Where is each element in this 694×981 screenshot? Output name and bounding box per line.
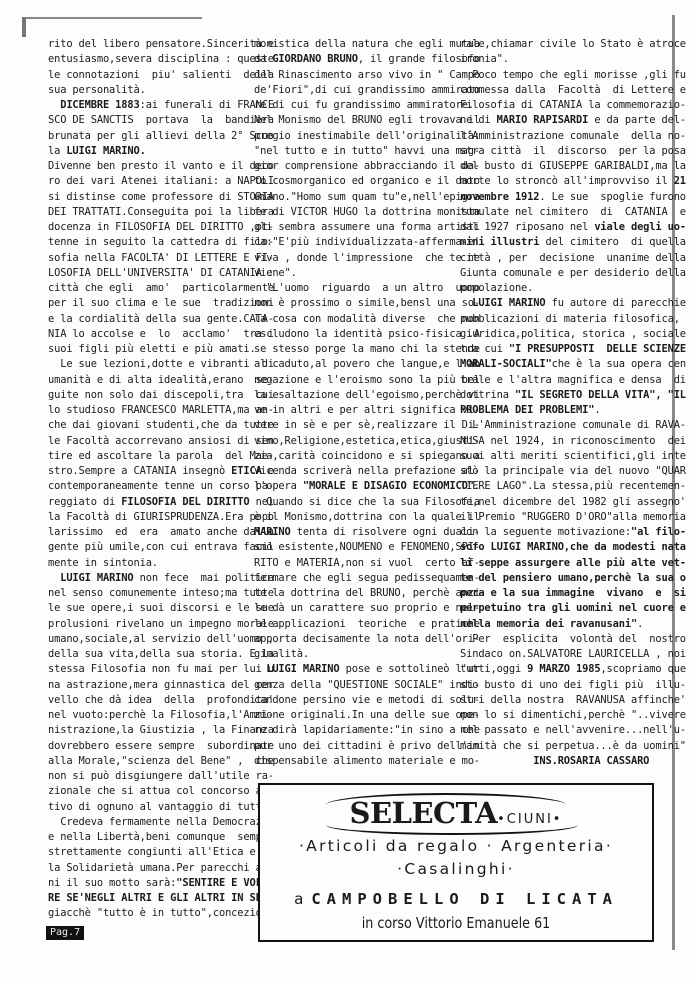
text-line: da GIORDANO BRUNO, il grande filosofo — [254, 52, 450, 67]
text-line: le Facoltà accorrevano ansiosi di sen — [48, 434, 246, 449]
text-run: ro dei vari Atenei italiani: a NAPOLI — [48, 175, 274, 187]
text-line: ginalità. — [254, 647, 450, 662]
bold-text-run: nella memoria dei ravanusani" — [460, 618, 637, 630]
bold-text-run: PROBLEMA DEI PROBLEMI" — [460, 404, 594, 416]
text-line: pregio inestimabile dell'originalità: — [254, 129, 450, 144]
text-line: gior comprensione abbracciando il da- — [254, 159, 450, 174]
text-line: to cosmorganico ed organico e il dato — [254, 174, 450, 189]
bold-text-run: FILOSOFIA DEL DIRITTO — [121, 496, 249, 508]
text-run: del busto di GIUSEPPE GARIBALDI,ma la — [460, 160, 686, 172]
text-run: commessa dalla Facoltà di Lettere e — [460, 84, 686, 96]
text-run: città che egli amo' particolarmente — [48, 282, 274, 294]
text-line: le dà un carattere suo proprio e nel- — [254, 601, 450, 616]
text-line: docenza in FILOSOFIA DEL DIRITTO ,ot- — [48, 220, 246, 235]
newspaper-page: rito del libero pensatore.Sincerità eent… — [0, 0, 694, 981]
text-run: rito del libero pensatore.Sincerità e — [48, 38, 274, 50]
text-run: monistica della natura che egli mutua — [254, 38, 480, 50]
text-run: "L'uomo riguardo a un altro uomo — [254, 282, 480, 294]
text-line: sto busto di uno dei figli più illu- — [460, 678, 656, 693]
text-line: nella memoria dei ravanusani". — [460, 617, 656, 632]
text-run: sto busto di uno dei figli più illu- — [460, 679, 686, 691]
text-line: commessa dalla Facoltà di Lettere e — [460, 83, 656, 98]
text-line: apporta decisamente la nota dell'ori- — [254, 632, 450, 647]
text-run: le connotazioni piu' salienti della — [48, 69, 274, 81]
text-run — [460, 755, 533, 767]
text-run: fermare che egli segua pedissequamen- — [254, 572, 480, 584]
text-run: ve in altri e per altri significa vi- — [254, 404, 480, 416]
text-run: la — [48, 145, 66, 157]
text-line: la LUIGI MARINO. — [48, 144, 246, 159]
text-line: la esaltazione dell'egoismo,perchè vi — [254, 388, 450, 403]
text-line: fe di VICTOR HUGO la dottrina monista — [254, 205, 450, 220]
bold-text-run: mini illustri — [460, 236, 539, 248]
text-run — [48, 99, 60, 111]
article-column-left: rito del libero pensatore.Sincerità eent… — [48, 37, 246, 922]
text-run: ne di — [460, 114, 497, 126]
text-line: suoi figli più eletti e più amati. — [48, 342, 246, 357]
text-line: l'opera "MORALE E DISAGIO ECONOMICO". — [254, 479, 450, 494]
text-line: mini illustri del cimitero di quella — [460, 235, 656, 250]
text-run: alla Morale,"scienza del Bene" , che — [48, 755, 274, 767]
text-line: L'Amministrazione comunale di RAVA- — [460, 418, 656, 433]
bold-text-run: LUIGI MARINO — [472, 297, 545, 309]
text-run: ni il suo motto sarà: — [48, 877, 176, 889]
ad-brand-suffix: •CIUNI• — [497, 812, 562, 827]
text-run: Filosofia di CATANIA la commemorazio- — [460, 99, 686, 111]
text-run: con la seguente motivazione: — [460, 526, 631, 538]
text-line: LUIGI MARINO fu autore di parecchie — [460, 296, 656, 311]
text-run: l'Amministrazione comunale della no- — [460, 130, 686, 142]
text-run: umano,sociale,al servizio dell'uomo , — [48, 633, 274, 645]
text-run: zionale che si attua col concorso at- — [48, 785, 274, 797]
text-run: tutti,oggi — [460, 663, 527, 675]
text-run: viva , donde l'impressione che te ne — [254, 252, 480, 264]
text-run: zione originali.In una delle sue ope- — [254, 709, 480, 721]
text-line: pera e la sua immagine vivano e si — [460, 586, 656, 601]
text-line: gli sembra assumere una forma artisti — [254, 220, 450, 235]
text-run: vello che dà idea della profondita' — [48, 694, 274, 706]
bold-text-run: LUIGI MARINO. — [66, 145, 145, 157]
bold-text-run: "I PRESUPPOSTI DELLE SCIENZE — [509, 343, 686, 355]
text-line: tivo di ognuno al vantaggio di tutti. — [48, 800, 246, 815]
text-line: giacchè "tutto è in tutto",concezione — [48, 906, 246, 921]
text-run: SCO DE SANCTIS portava la bandiera — [48, 114, 274, 126]
text-line: umano."Homo sum quam tu"e,nell'epigra — [254, 190, 450, 205]
text-line: pur uno dei cittadini è privo dell'in — [254, 739, 450, 754]
text-run: dovrebbero essere sempre subordinate — [48, 740, 274, 752]
text-line: dovrebbero essere sempre subordinate — [48, 739, 246, 754]
text-line: contemporaneamente tenne un corso pa- — [48, 479, 246, 494]
text-run: non si può disgiungere dall'utile ra- — [48, 770, 274, 782]
bold-text-run: te del pensiero umano,perchè la sua o — [460, 572, 686, 584]
text-run: e la cordialità della sua gente.CATA- — [48, 313, 274, 325]
text-run: della sua vita,della sua storia. E la — [48, 648, 274, 660]
text-run: le dà un carattere suo proprio e nel- — [254, 602, 480, 614]
text-run — [48, 572, 60, 584]
text-run: negazione e l'eroismo sono la più bel — [254, 374, 480, 386]
text-line: si distinse come professore di STORIA — [48, 190, 246, 205]
text-run: contemporaneamente tenne un corso pa- — [48, 480, 274, 492]
article-column-right: rale,chiamar civile lo Stato è atroceiro… — [460, 37, 656, 769]
text-run: la esaltazione dell'egoismo,perchè vi — [254, 389, 480, 401]
text-line: non lo si dimentichi,perchè "..vivere — [460, 708, 656, 723]
top-rule — [22, 17, 202, 19]
text-line: stro.Sempre a CATANIA insegnò ETICA e — [48, 464, 246, 479]
text-run — [254, 663, 266, 675]
text-line: Per esplicita volontà del nostro — [460, 632, 656, 647]
text-line: giuridica,politica, storica , sociale — [460, 327, 656, 342]
text-line: Nel Monismo del BRUNO egli trovava il — [254, 113, 450, 128]
text-line: che dai giovani studenti,che da tutte — [48, 418, 246, 433]
text-line: strettamente congiunti all'Etica e al — [48, 845, 246, 860]
text-line: LUIGI MARINO non fece mai politica — [48, 571, 246, 586]
bold-text-run: LUIGI MARINO — [266, 663, 339, 675]
text-line: tenne in seguito la cattedra di filo- — [48, 235, 246, 250]
text-line: se stesso porge la mano chi la stende — [254, 342, 450, 357]
text-run: dottrina — [460, 389, 515, 401]
text-run: umano."Homo sum quam tu"e,nell'epigra — [254, 191, 480, 203]
text-line: con la seguente motivazione:"al filo- — [460, 525, 656, 540]
text-line: TIERE LAGO".La stessa,più recentemen- — [460, 479, 656, 494]
bold-text-run: MORALI-SOCIALI" — [460, 358, 552, 370]
text-run: na astrazione,mera ginnastica del cer — [48, 679, 274, 691]
text-run: zia,carità coincidono e si spiegano a — [254, 450, 480, 462]
text-run: del cimitero di quella — [539, 236, 686, 248]
text-line: alla Morale,"scienza del Bene" , che — [48, 754, 246, 769]
text-run: re dirà lapidariamente:"in sino a che — [254, 724, 480, 736]
text-line: PROBLEMA DEI PROBLEMI". — [460, 403, 656, 418]
text-line: de'Fiori",di cui grandissimo ammirato — [254, 83, 450, 98]
text-run — [460, 297, 472, 309]
text-line: Credeva fermamente nella Democrazia — [48, 815, 246, 830]
text-line: li seppe assurgere alle più alte vet- — [460, 556, 656, 571]
text-line: perpetuino tra gli uomini nel cuore e — [460, 601, 656, 616]
text-line: Poco tempo che egli morisse ,gli fu — [460, 68, 656, 83]
text-run: . Le sue spoglie furono — [539, 191, 686, 203]
text-line: te,nel dicembre del 1982 gli assegno' — [460, 495, 656, 510]
text-line: zia,carità coincidono e si spiegano a — [254, 449, 450, 464]
text-run: Divenne ben presto il vanto e il deco — [48, 160, 274, 172]
text-run: lo studioso FRANCESCO MARLETTA,ma an- — [48, 404, 274, 416]
text-line: MORALI-SOCIALI"che è la sua opera cen — [460, 357, 656, 372]
text-run: del Rinascimento arso vivo in " Campo — [254, 69, 480, 81]
text-line: stessa Filosofia non fu mai per lui u — [48, 662, 246, 677]
text-run: L'Amministrazione comunale di RAVA- — [460, 419, 686, 431]
text-line: e nella Libertà,beni comunque sempre — [48, 830, 246, 845]
text-line: nel vuoto:perchè la Filosofia,l'Ammi- — [48, 708, 246, 723]
text-run: giuridica,politica, storica , sociale — [460, 328, 686, 340]
text-line: negazione e l'eroismo sono la più bel — [254, 373, 450, 388]
text-line: stò la principale via del nuovo "QUAR — [460, 464, 656, 479]
text-run: de'Fiori",di cui grandissimo ammirato — [254, 84, 480, 96]
text-run: Sindaco on.SALVATORE LAURICELLA , noi — [460, 648, 686, 660]
text-run: la Facoltà di GIURISPRUDENZA.Era popo — [48, 511, 274, 523]
text-line: LOSOFIA DELL'UNIVERSITA' DI CATANIA : — [48, 266, 246, 281]
text-line: DICEMBRE 1883:ai funerali di FRANCE — [48, 98, 246, 113]
text-line: viva , donde l'impressione che te ne — [254, 251, 450, 266]
text-run: viene". — [254, 267, 297, 279]
text-line: ro dei vari Atenei italiani: a NAPOLI — [48, 174, 246, 189]
text-line: re di cui fu grandissimo ammiratore. — [254, 98, 450, 113]
text-run: che è la sua opera cen — [552, 358, 686, 370]
text-run: pose e sottolineò l'ur — [340, 663, 480, 675]
text-run: strettamente congiunti all'Etica e al — [48, 846, 274, 858]
text-run: sofia nella FACOLTA' DI LETTERE E FI- — [48, 252, 274, 264]
text-run: ,scopriamo que — [600, 663, 685, 675]
text-line: dispensabile alimento materiale e mo- — [254, 754, 450, 769]
text-line: ironia". — [460, 52, 656, 67]
text-line: tra cui "I PRESUPPOSTI DELLE SCIENZE — [460, 342, 656, 357]
text-line: guite non solo dai discepoli,tra cui — [48, 388, 246, 403]
text-run: stessa Filosofia non fu mai per lui u — [48, 663, 274, 675]
text-line: non si può disgiungere dall'utile ra- — [48, 769, 246, 784]
text-run: le applicazioni teoriche e pratiche — [254, 618, 480, 630]
text-run: fu autore di parecchie — [546, 297, 686, 309]
text-run: manità che si perpetua...è da uomini" — [460, 740, 686, 752]
text-line: umanità e di alta idealità,erano se- — [48, 373, 246, 388]
text-line: zione originali.In una delle sue ope- — [254, 708, 450, 723]
text-line: SCO DE SANCTIS portava la bandiera — [48, 113, 246, 128]
text-line: mente in sintonia. — [48, 556, 246, 571]
left-binding-mark — [22, 17, 26, 37]
text-run: escludono la identità psico-fisica .A — [254, 328, 480, 340]
article-column-middle: monistica della natura che egli mutuada … — [254, 37, 450, 769]
text-line: Filosofia di CATANIA la commemorazio- — [460, 98, 656, 113]
text-line: popolazione. — [460, 281, 656, 296]
text-line: candone persino vie e metodi di solu- — [254, 693, 450, 708]
text-line: prolusioni rivelano un impegno morale — [48, 617, 246, 632]
text-line: NUSA nel 1924, in riconoscimento dei — [460, 434, 656, 449]
text-line: stra città il discorso per la posa — [460, 144, 656, 159]
text-line: le connotazioni piu' salienti della — [48, 68, 246, 83]
text-run: larissimo ed era amato anche dalla — [48, 526, 274, 538]
text-run: tenta di risolvere ogni duali- — [291, 526, 480, 538]
text-line: al caduto,al povero che langue,e l'ab — [254, 357, 450, 372]
text-line: viene". — [254, 266, 450, 281]
bold-text-run: 21 — [674, 175, 686, 187]
text-run: se stesso porge la mano chi la stende — [254, 343, 480, 355]
text-line: della sua vita,della sua storia. E la — [48, 647, 246, 662]
text-line: INS.ROSARIA CASSARO — [460, 754, 656, 769]
text-run: mente in sintonia. — [48, 557, 158, 569]
text-line: reggiato di FILOSOFIA DEL DIRITTO nel — [48, 495, 246, 510]
text-line: Divenne ben presto il vanto e il deco — [48, 159, 246, 174]
text-line: fermare che egli segua pedissequamen- — [254, 571, 450, 586]
text-run: RITO e MATERIA,non si vuol certo af- — [254, 557, 480, 569]
text-line: del Rinascimento arso vivo in " Campo — [254, 68, 450, 83]
text-run: docenza in FILOSOFIA DEL DIRITTO ,ot- — [48, 221, 274, 233]
text-line: e la cordialità della sua gente.CATA- — [48, 312, 246, 327]
text-run: giacchè "tutto è in tutto",concezione — [48, 907, 274, 919]
text-run: il Premio "RUGGERO D'ORO"alla memoria — [460, 511, 686, 523]
text-line: nel senso comunemente inteso;ma tutte — [48, 586, 246, 601]
text-run: gli sembra assumere una forma artisti — [254, 221, 480, 233]
text-line: l'Amministrazione comunale della no- — [460, 129, 656, 144]
text-run: TIERE LAGO".La stessa,più recentemen- — [460, 480, 686, 492]
text-run: Quando si dice che la sua Filosofia — [254, 496, 480, 508]
bold-text-run: GIORDANO BRUNO — [272, 53, 357, 65]
text-run: suoi alti meriti scientifici,gli inte — [460, 450, 686, 462]
text-line: del busto di GIUSEPPE GARIBALDI,ma la — [460, 159, 656, 174]
text-run: ironia". — [460, 53, 509, 65]
bold-text-run: MARIO RAPISARDI — [497, 114, 589, 126]
text-run: smo esistente,NOUMENO e FENOMENO,SPI- — [254, 541, 480, 553]
text-run: stra città il discorso per la posa — [460, 145, 686, 157]
text-run: non lo si dimentichi,perchè "..vivere — [460, 709, 686, 721]
ad-address: in corso Vittorio Emanuele 61 — [289, 913, 622, 933]
ad-city-prefix: a — [294, 890, 303, 908]
text-line: ve in altri e per altri significa vi- — [254, 403, 450, 418]
text-line: tire ed ascoltare la parola del Mae- — [48, 449, 246, 464]
text-line: città che egli amo' particolarmente — [48, 281, 246, 296]
text-line: ca:"E'più individualizzata-afferma-e' — [254, 235, 450, 250]
text-line: novembre 1912. Le sue spoglie furono — [460, 190, 656, 205]
text-line: la cosa con modalità diverse che non — [254, 312, 450, 327]
text-run: sua personalità. — [48, 84, 146, 96]
text-run: le Facoltà accorrevano ansiosi di sen — [48, 435, 274, 447]
text-run: ca:"E'più individualizzata-afferma-e' — [254, 236, 480, 248]
text-run: l'opera — [254, 480, 303, 492]
text-run: Le sue lezioni,dotte e vibranti di — [48, 358, 274, 370]
text-run: non è prossimo o simile,bensl una so- — [254, 297, 480, 309]
text-run: nistrazione,la Giustizia , la Finanza — [48, 724, 274, 736]
text-run: pubblicazioni di materia filosofica, — [460, 313, 680, 325]
bold-text-run: LUIGI MARINO — [60, 572, 133, 584]
text-run: al caduto,al povero che langue,e l'ab — [254, 358, 480, 370]
bold-text-run: "al filo- — [631, 526, 686, 538]
text-run: vicenda scriverà nella prefazione al- — [254, 465, 480, 477]
text-line: larissimo ed era amato anche dalla — [48, 525, 246, 540]
text-run: guite non solo dai discepoli,tra cui — [48, 389, 274, 401]
text-run: Giunta comunale e per desiderio della — [460, 267, 686, 279]
text-run: LOSOFIA DELL'UNIVERSITA' DI CATANIA : — [48, 267, 274, 279]
text-run: umanità e di alta idealità,erano se- — [48, 374, 274, 386]
text-line: entusiasmo,severa disciplina : queste — [48, 52, 246, 67]
text-run: è il Monismo,dottrina con la quale il — [254, 511, 480, 523]
text-run: te,nel dicembre del 1982 gli assegno' — [460, 496, 686, 508]
text-run: DEI TRATTATI.Conseguita poi la libera — [48, 206, 274, 218]
text-line: suoi alti meriti scientifici,gli inte — [460, 449, 656, 464]
bold-text-run: DICEMBRE 1883 — [60, 99, 139, 111]
text-run: morte lo stroncò all'improvviso il — [460, 175, 674, 187]
text-run: popolazione. — [460, 282, 533, 294]
bold-text-run: "MORALE E DISAGIO ECONOMICO" — [303, 480, 474, 492]
text-line: zionale che si attua col concorso at- — [48, 784, 246, 799]
text-line: ne di MARIO RAPISARDI e da parte del- — [460, 113, 656, 128]
bold-text-run: novembre 1912 — [460, 191, 539, 203]
text-line: Sindaco on.SALVATORE LAURICELLA , noi — [460, 647, 656, 662]
ad-brand-name: SELECTA — [350, 796, 498, 830]
text-line: RE SE'NEGLI ALTRI E GLI ALTRI IN SE'" — [48, 891, 246, 906]
bold-text-run: pera e la sua immagine vivano e si — [460, 587, 686, 599]
text-line: nel passato e nell'avvenire...nell'u- — [460, 723, 656, 738]
text-run: to cosmorganico ed organico e il dato — [254, 175, 480, 187]
text-run: tenne in seguito la cattedra di filo- — [48, 236, 274, 248]
text-run: le sue opere,i suoi discorsi e le sue — [48, 602, 274, 614]
ad-brand: SELECTA•CIUNI• — [260, 797, 652, 836]
text-line: nistrazione,la Giustizia , la Finanza — [48, 723, 246, 738]
text-line: le sue opere,i suoi discorsi e le sue — [48, 601, 246, 616]
text-line: manità che si perpetua...è da uomini" — [460, 739, 656, 754]
bold-text-run: 9 MARZO 1985 — [527, 663, 600, 675]
text-run: candone persino vie e metodi di solu- — [254, 694, 480, 706]
text-line: gente più umile,con cui entrava facil — [48, 540, 246, 555]
text-run: NIA lo accolse e lo acclamo' tra i — [48, 328, 274, 340]
text-line: stri della nostra RAVANUSA affinche' — [460, 693, 656, 708]
text-line: Giunta comunale e per desiderio della — [460, 266, 656, 281]
text-run: . — [637, 618, 643, 630]
text-run: ginalità. — [254, 648, 309, 660]
text-run: non fece mai politica — [134, 572, 274, 584]
text-line: genza della "QUESTIONE SOCIALE" indi- — [254, 678, 450, 693]
text-run: fe di VICTOR HUGO la dottrina monista — [254, 206, 480, 218]
text-line: è il Monismo,dottrina con la quale il — [254, 510, 450, 525]
bold-text-run: viale degli uo- — [594, 221, 686, 233]
text-line: rale,chiamar civile lo Stato è atroce — [460, 37, 656, 52]
text-line: Quando si dice che la sua Filosofia — [254, 495, 450, 510]
bold-text-run: "IL SEGRETO DELLA VITA", "IL — [515, 389, 686, 401]
ad-city-name: CAMPOBELLO DI LICATA — [311, 890, 618, 908]
page-number-label: Pag.7 — [46, 926, 84, 940]
text-line: pubblicazioni di materia filosofica, — [460, 312, 656, 327]
text-line: DEI TRATTATI.Conseguita poi la libera — [48, 205, 246, 220]
text-line: LUIGI MARINO pose e sottolineò l'ur — [254, 662, 450, 677]
text-line: città , per decisione unanime della — [460, 251, 656, 266]
text-line: na astrazione,mera ginnastica del cer — [48, 678, 246, 693]
text-run: entusiasmo,severa disciplina : queste — [48, 53, 274, 65]
bold-text-run: li seppe assurgere alle più alte vet- — [460, 557, 686, 569]
text-run: tivo di ognuno al vantaggio di tutti. — [48, 801, 274, 813]
text-line: smo esistente,NOUMENO e FENOMENO,SPI- — [254, 540, 450, 555]
text-line: re dirà lapidariamente:"in sino a che — [254, 723, 450, 738]
text-run: dispensabile alimento materiale e mo- — [254, 755, 480, 767]
text-line: Le sue lezioni,dotte e vibranti di — [48, 357, 246, 372]
bold-text-run: sofo LUIGI MARINO,che da modesti nata — [460, 541, 686, 553]
text-run: e nella Libertà,beni comunque sempre — [48, 831, 274, 843]
text-run: te la dottrina del BRUNO, perchè anzi — [254, 587, 480, 599]
text-run: brunata per gli allievi della 2° Scuo — [48, 130, 274, 142]
text-line: dal 1927 riposano nel viale degli uo- — [460, 220, 656, 235]
text-line: NIA lo accolse e lo acclamo' tra i — [48, 327, 246, 342]
text-line: sofia nella FACOLTA' DI LETTERE E FI- — [48, 251, 246, 266]
text-run: Per esplicita volontà del nostro — [460, 633, 686, 645]
text-line: escludono la identità psico-fisica .A — [254, 327, 450, 342]
text-line: la Facoltà di GIURISPRUDENZA.Era popo — [48, 510, 246, 525]
text-run: tumulate nel cimitero di CATANIA e — [460, 206, 686, 218]
text-line: "nel tutto e in tutto" havvi una mag- — [254, 144, 450, 159]
text-run: dal 1927 riposano nel — [460, 221, 594, 233]
text-run: Credeva fermamente nella Democrazia — [48, 816, 274, 828]
text-line: lo studioso FRANCESCO MARLETTA,ma an- — [48, 403, 246, 418]
text-run: stò la principale via del nuovo "QUAR — [460, 465, 686, 477]
text-line: "L'uomo riguardo a un altro uomo — [254, 281, 450, 296]
text-run: reggiato di — [48, 496, 121, 508]
text-line: vino,Religione,estetica,etica,giusti- — [254, 434, 450, 449]
bold-text-run: INS.ROSARIA CASSARO — [533, 755, 649, 767]
text-run: nel senso comunemente inteso;ma tutte — [48, 587, 274, 599]
text-run: . — [594, 404, 600, 416]
text-line: ni il suo motto sarà:"SENTIRE E VOLE- — [48, 876, 246, 891]
text-run: che dai giovani studenti,che da tutte — [48, 419, 274, 431]
text-run: tire ed ascoltare la parola del Mae- — [48, 450, 274, 462]
text-run: trale e l'altra magnifica e densa di — [460, 374, 686, 386]
text-run: città , per decisione unanime della — [460, 252, 686, 264]
text-run: tra cui — [460, 343, 509, 355]
text-line: le applicazioni teoriche e pratiche — [254, 617, 450, 632]
text-run: da — [254, 53, 272, 65]
text-line: la Solidarietà umana.Per parecchi an- — [48, 861, 246, 876]
text-run: nel passato e nell'avvenire...nell'u- — [460, 724, 686, 736]
